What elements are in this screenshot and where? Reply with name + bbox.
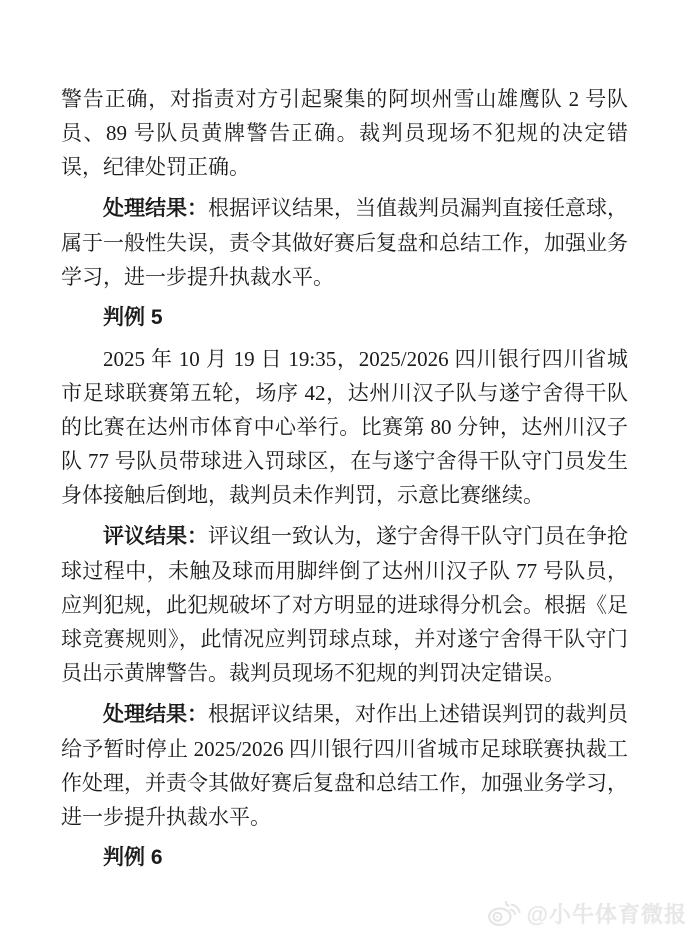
paragraph-handling-result-case5: 处理结果：根据评议结果，对作出上述错误判罚的裁判员给予暂时停止 2025/202…: [61, 697, 628, 834]
weibo-icon: [486, 900, 522, 928]
document-page: 警告正确，对指责对方引起聚集的阿坝州雪山雄鹰队 2 号队员、89 号队员黄牌警告…: [0, 0, 690, 934]
watermark: @小牛体育微报: [486, 898, 687, 929]
paragraph-prev-case-conclusion: 警告正确，对指责对方引起聚集的阿坝州雪山雄鹰队 2 号队员、89 号队员黄牌警告…: [61, 82, 628, 184]
paragraph-case5-incident: 2025 年 10 月 19 日 19:35，2025/2026 四川银行四川省…: [61, 342, 628, 512]
paragraph-handling-result-case4: 处理结果：根据评议结果，当值裁判员漏判直接任意球，属于一般性失误，责令其做好赛后…: [61, 191, 628, 294]
document-content: 警告正确，对指责对方引起聚集的阿坝州雪山雄鹰队 2 号队员、89 号队员黄牌警告…: [61, 82, 628, 882]
heading-case-6: 判例 6: [61, 841, 628, 875]
heading-case-5: 判例 5: [61, 301, 628, 335]
paragraph-text: 警告正确，对指责对方引起聚集的阿坝州雪山雄鹰队 2 号队员、89 号队员黄牌警告…: [61, 87, 628, 179]
paragraph-review-result-case5: 评议结果：评议组一致认为，遂宁舍得干队守门员在争抢球过程中，未触及球而用脚绊倒了…: [61, 519, 628, 690]
watermark-text: @小牛体育微报: [527, 898, 687, 929]
lead-handling-result: 处理结果：: [103, 703, 208, 726]
paragraph-text: 评议组一致认为，遂宁舍得干队守门员在争抢球过程中，未触及球而用脚绊倒了达州川汉子…: [61, 524, 628, 685]
lead-review-result: 评议结果：: [103, 525, 208, 548]
paragraph-text: 2025 年 10 月 19 日 19:35，2025/2026 四川银行四川省…: [61, 347, 628, 507]
lead-handling-result: 处理结果：: [103, 197, 208, 220]
